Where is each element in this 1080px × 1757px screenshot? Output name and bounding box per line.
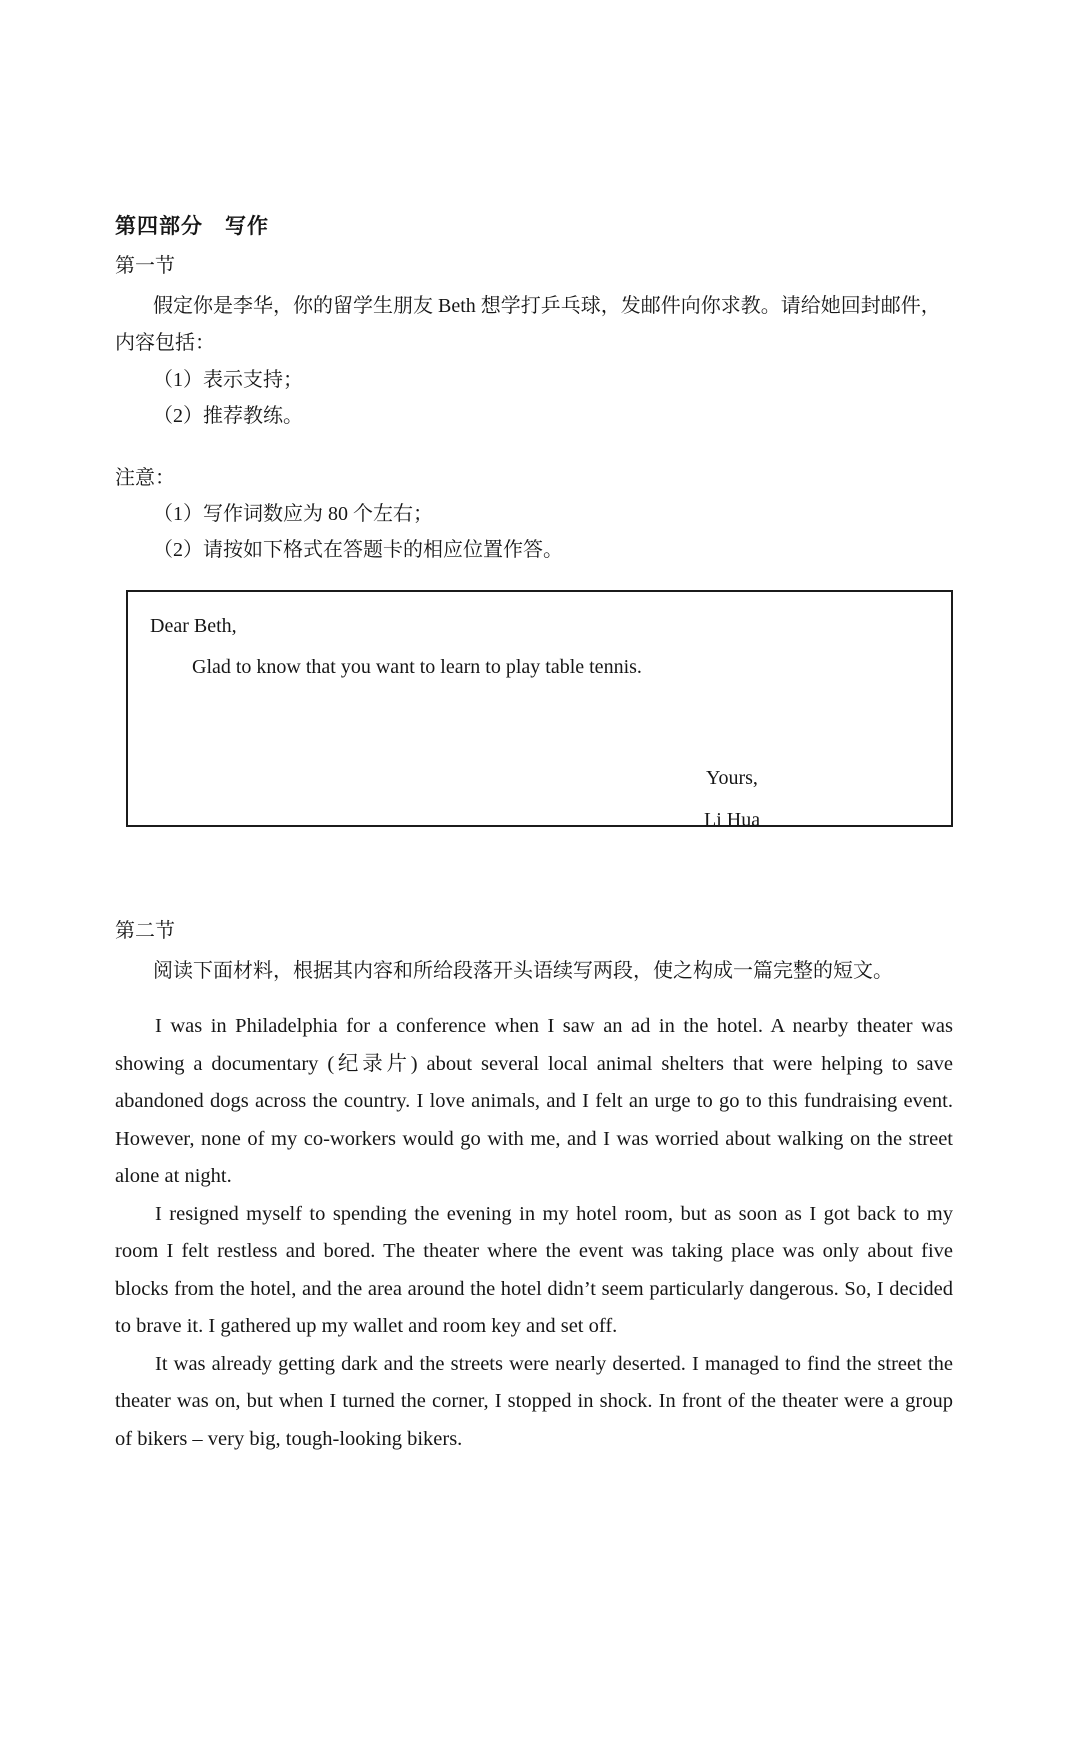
page-content: 第四部分 写作 第一节 假定你是李华，你的留学生朋友 Beth 想学打乒乓球，发…: [115, 0, 953, 1458]
note-1: （1）写作词数应为 80 个左右；: [153, 496, 953, 532]
notes-label: 注意：: [115, 460, 953, 496]
section2-instruction: 阅读下面材料，根据其内容和所给段落开头语续写两段，使之构成一篇完整的短文。: [115, 953, 953, 990]
story-paragraph-3: It was already getting dark and the stre…: [115, 1346, 953, 1459]
story-paragraph-1: I was in Philadelphia for a conference w…: [115, 1008, 953, 1196]
section2-title: 第二节: [115, 915, 953, 947]
section1-point-1: （1）表示支持；: [153, 362, 953, 398]
letter-signature: Li Hua: [704, 802, 951, 839]
note-2: （2）请按如下格式在答题卡的相应位置作答。: [153, 532, 953, 568]
story-paragraph-2: I resigned myself to spending the evenin…: [115, 1196, 953, 1346]
section1-intro: 假定你是李华，你的留学生朋友 Beth 想学打乒乓球，发邮件向你求教。请给她回封…: [115, 288, 953, 362]
part-heading: 第四部分 写作: [115, 212, 953, 242]
letter-closing: Yours,: [706, 760, 951, 797]
answer-format-box: Dear Beth, Glad to know that you want to…: [126, 590, 953, 827]
exam-paper-page: 第四部分 写作 第一节 假定你是李华，你的留学生朋友 Beth 想学打乒乓球，发…: [0, 0, 1080, 1757]
section1-title: 第一节: [115, 250, 953, 282]
letter-salutation: Dear Beth,: [150, 608, 951, 645]
section1-point-2: （2）推荐教练。: [153, 398, 953, 434]
letter-opening-line: Glad to know that you want to learn to p…: [192, 649, 951, 686]
